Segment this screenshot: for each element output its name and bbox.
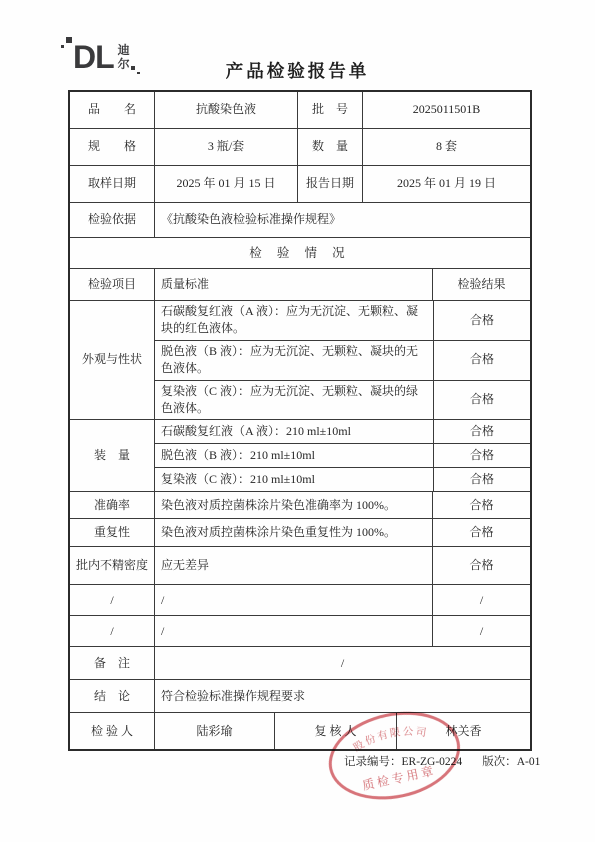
table-row-empty-2: / / /: [70, 615, 530, 646]
table-row-product: 品 名 抗酸染色液 批 号 2025011501B: [70, 92, 530, 128]
report-date-value: 2025 年 01 月 19 日: [362, 166, 530, 202]
table-row-empty-1: / / /: [70, 584, 530, 615]
remark-label: 备 注: [70, 647, 154, 679]
table-group-volume: 装 量 石碳酸复红液（A 液）：210 ml±10ml 合格 脱色液（B 液）：…: [70, 419, 530, 491]
empty-standard: /: [154, 585, 432, 615]
imprecision-label: 批内不精密度: [70, 547, 154, 584]
accuracy-result: 合格: [432, 492, 530, 518]
table-group-appearance: 外观与性状 石碳酸复红液（A 液）：应为无沉淀、无颗粒、凝块的红色液体。 合格 …: [70, 300, 530, 419]
table-row-volume-c: 复染液（C 液）：210 ml±10ml 合格: [155, 467, 530, 491]
repeatability-label: 重复性: [70, 519, 154, 546]
report-date-label: 报告日期: [297, 166, 362, 202]
page-title: 产品检验报告单: [0, 58, 595, 83]
empty-item: /: [70, 585, 154, 615]
appearance-label: 外观与性状: [70, 301, 154, 419]
table-row-volume-a: 石碳酸复红液（A 液）：210 ml±10ml 合格: [155, 420, 530, 443]
volume-c-standard: 复染液（C 液）：210 ml±10ml: [155, 468, 433, 491]
appearance-c-result: 合格: [433, 381, 530, 420]
volume-c-result: 合格: [433, 468, 530, 491]
report-page: DL 迪 尔 产品检验报告单 品 名 抗酸染色液 批 号 2025011501B…: [0, 0, 595, 842]
volume-label: 装 量: [70, 420, 154, 491]
imprecision-result: 合格: [432, 547, 530, 584]
volume-a-result: 合格: [433, 420, 530, 443]
logo-pixel-icon: [61, 45, 64, 48]
basis-label: 检验依据: [70, 203, 154, 237]
remark-value: /: [154, 647, 530, 679]
volume-a-standard: 石碳酸复红液（A 液）：210 ml±10ml: [155, 420, 433, 443]
appearance-a-result: 合格: [433, 301, 530, 340]
table-row-volume-b: 脱色液（B 液）：210 ml±10ml 合格: [155, 443, 530, 467]
table-row-dates: 取样日期 2025 年 01 月 15 日 报告日期 2025 年 01 月 1…: [70, 165, 530, 202]
appearance-c-standard: 复染液（C 液）：应为无沉淀、无颗粒、凝块的绿色液体。: [155, 381, 433, 420]
section-title: 检 验 情 况: [70, 238, 530, 268]
imprecision-standard: 应无差异: [154, 547, 432, 584]
col-header-standard: 质量标准: [154, 269, 432, 300]
spec-value: 3 瓶/套: [154, 129, 297, 165]
appearance-a-standard: 石碳酸复红液（A 液）：应为无沉淀、无颗粒、凝块的红色液体。: [155, 301, 433, 340]
col-header-item: 检验项目: [70, 269, 154, 300]
version-label: 版次：: [482, 756, 517, 768]
empty-standard: /: [154, 616, 432, 646]
appearance-b-result: 合格: [433, 341, 530, 380]
inspection-report-table: 品 名 抗酸染色液 批 号 2025011501B 规 格 3 瓶/套 数 量 …: [68, 90, 532, 751]
empty-result: /: [432, 616, 530, 646]
qty-value: 8 套: [362, 129, 530, 165]
table-row-repeatability: 重复性 染色液对质控菌株涂片染色重复性为 100%。 合格: [70, 518, 530, 546]
logo-pixel-icon: [66, 37, 72, 43]
table-row-imprecision: 批内不精密度 应无差异 合格: [70, 546, 530, 584]
inspector-value: 陆彩瑜: [154, 713, 274, 749]
table-row-spec: 规 格 3 瓶/套 数 量 8 套: [70, 128, 530, 165]
empty-result: /: [432, 585, 530, 615]
qty-label: 数 量: [297, 129, 362, 165]
sampling-date-label: 取样日期: [70, 166, 154, 202]
version-value: A-01: [517, 756, 541, 768]
inspector-label: 检 验 人: [70, 713, 154, 749]
stamp-oval: [322, 702, 466, 809]
sampling-date-value: 2025 年 01 月 15 日: [154, 166, 297, 202]
product-name-value: 抗酸染色液: [154, 92, 297, 128]
empty-item: /: [70, 616, 154, 646]
table-row-remark: 备 注 /: [70, 646, 530, 679]
batch-no-value: 2025011501B: [362, 92, 530, 128]
repeatability-result: 合格: [432, 519, 530, 546]
table-row-section-title: 检 验 情 况: [70, 237, 530, 268]
batch-no-label: 批 号: [297, 92, 362, 128]
volume-b-result: 合格: [433, 444, 530, 467]
repeatability-standard: 染色液对质控菌株涂片染色重复性为 100%。: [154, 519, 432, 546]
table-row-appearance-a: 石碳酸复红液（A 液）：应为无沉淀、无颗粒、凝块的红色液体。 合格: [155, 301, 530, 340]
logo-cn-top: 迪: [118, 43, 130, 57]
spec-label: 规 格: [70, 129, 154, 165]
appearance-b-standard: 脱色液（B 液）：应为无沉淀、无颗粒、凝块的无色液体。: [155, 341, 433, 380]
accuracy-standard: 染色液对质控菌株涂片染色准确率为 100%。: [154, 492, 432, 518]
basis-value: 《抗酸染色液检验标准操作规程》: [154, 203, 530, 237]
col-header-result: 检验结果: [432, 269, 530, 300]
version: 版次：A-01: [482, 753, 540, 769]
accuracy-label: 准确率: [70, 492, 154, 518]
volume-b-standard: 脱色液（B 液）：210 ml±10ml: [155, 444, 433, 467]
product-name-label: 品 名: [70, 92, 154, 128]
table-row-basis: 检验依据 《抗酸染色液检验标准操作规程》: [70, 202, 530, 237]
table-row-accuracy: 准确率 染色液对质控菌株涂片染色准确率为 100%。 合格: [70, 491, 530, 518]
table-row-appearance-b: 脱色液（B 液）：应为无沉淀、无颗粒、凝块的无色液体。 合格: [155, 340, 530, 380]
conclusion-label: 结 论: [70, 680, 154, 712]
table-row-headers: 检验项目 质量标准 检验结果: [70, 268, 530, 300]
table-row-appearance-c: 复染液（C 液）：应为无沉淀、无颗粒、凝块的绿色液体。 合格: [155, 380, 530, 420]
